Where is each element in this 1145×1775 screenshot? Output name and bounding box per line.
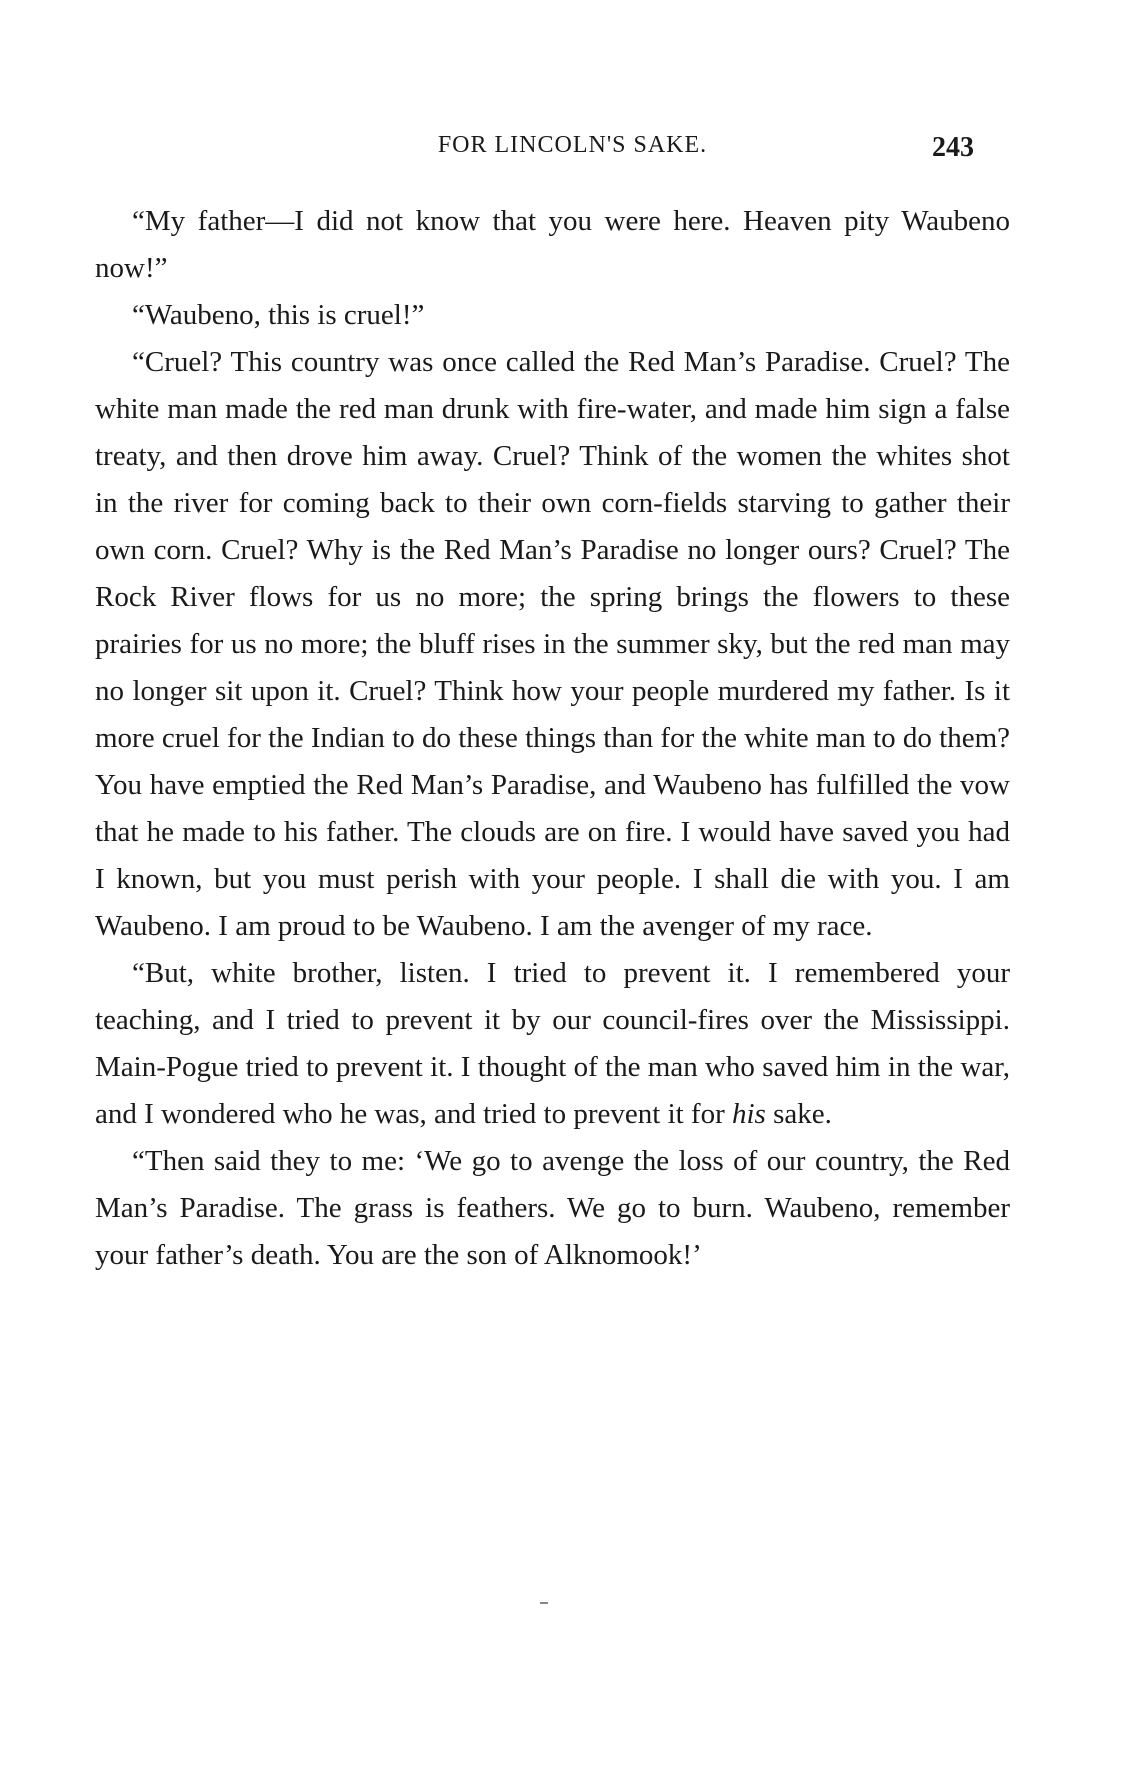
paragraph-5: “Then said they to me: ‘We go to avenge … <box>95 1138 1010 1279</box>
emphasis-his: his <box>732 1098 766 1130</box>
paragraph-2: “Waubeno, this is cruel!” <box>95 292 1010 339</box>
paragraph-1: “My father—I did not know that you were … <box>95 198 1010 292</box>
body-text: “My father—I did not know that you were … <box>95 198 1010 1279</box>
paragraph-3: “Cruel? This country was once called the… <box>95 339 1010 950</box>
book-page: FOR LINCOLN'S SAKE. 243 “My father—I did… <box>0 0 1145 1775</box>
paragraph-4-text: “But, white brother, listen. I tried to … <box>95 957 1010 1130</box>
page-header: FOR LINCOLN'S SAKE. 243 <box>0 132 1145 172</box>
paragraph-4-tail: sake. <box>766 1098 832 1130</box>
paragraph-4: “But, white brother, listen. I tried to … <box>95 950 1010 1138</box>
page-number: 243 <box>932 132 974 164</box>
page-mark <box>540 1602 548 1604</box>
